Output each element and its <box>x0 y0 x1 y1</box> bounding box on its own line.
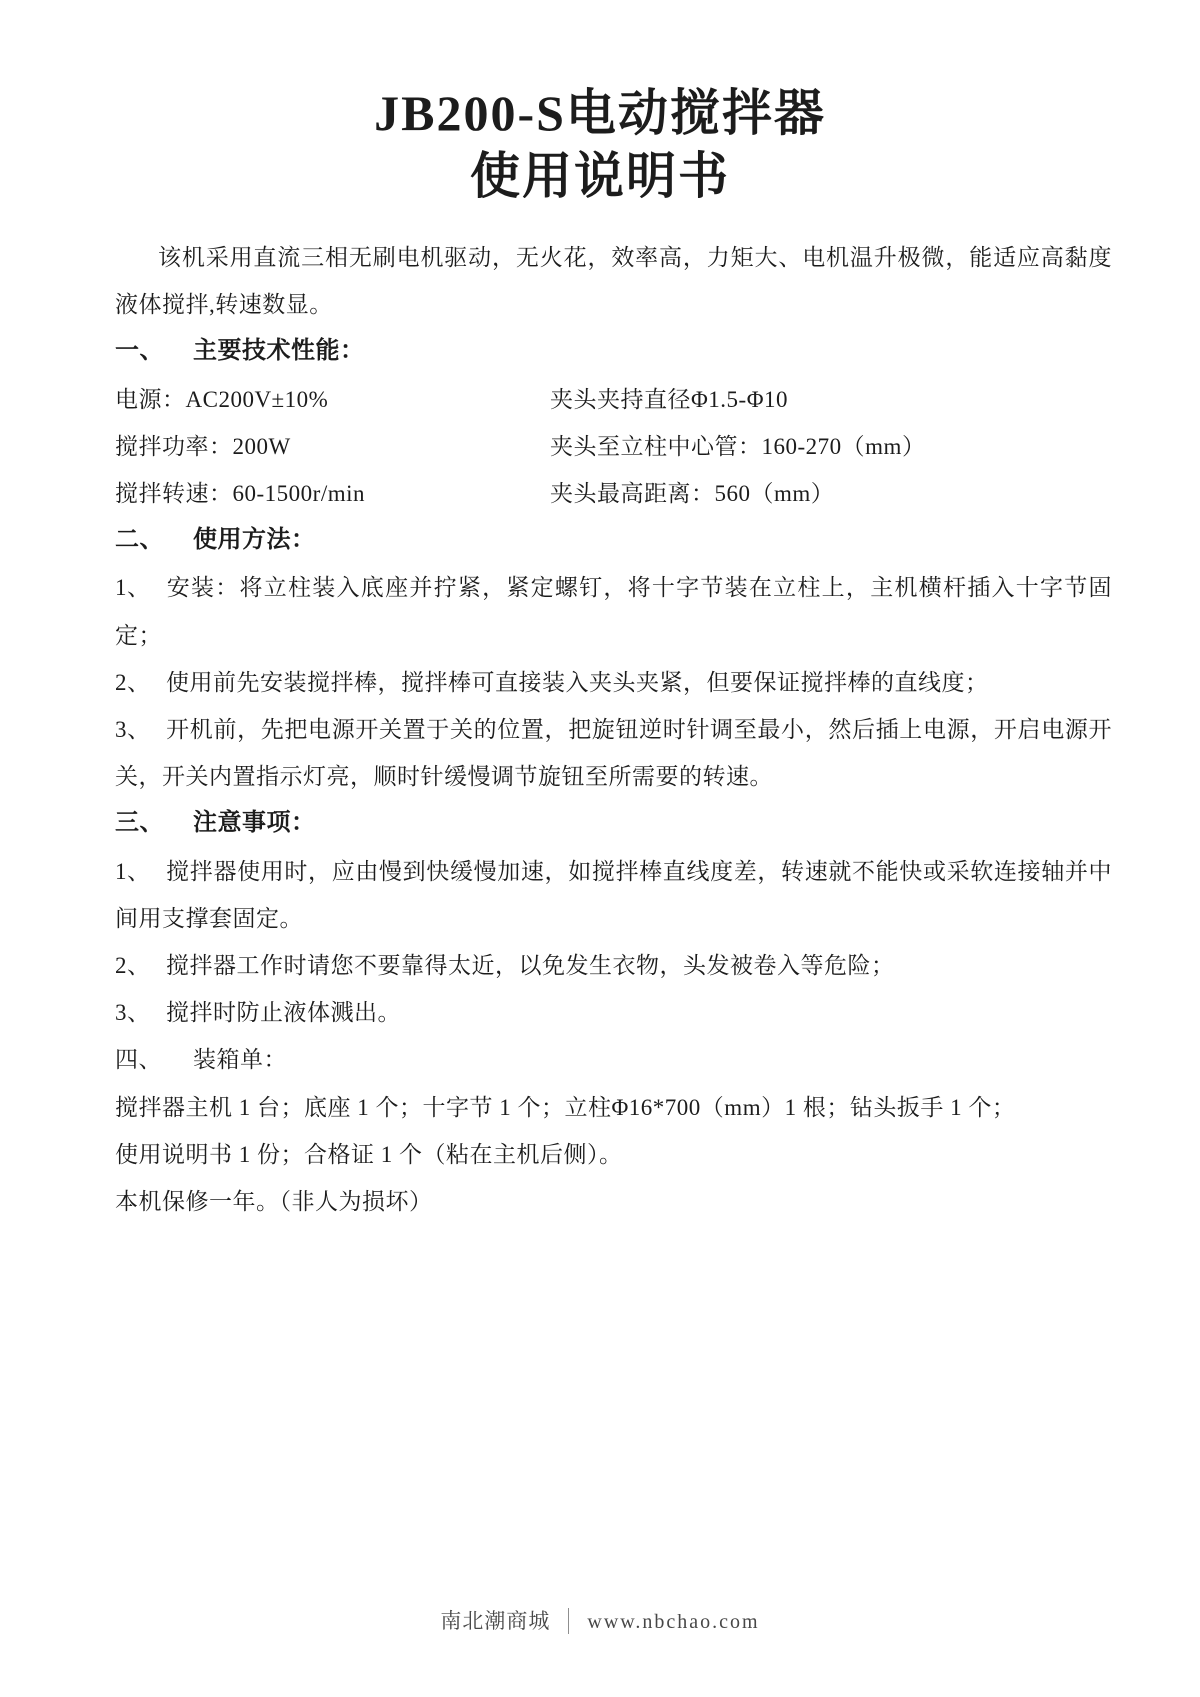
section-heading-4: 四、装箱单： <box>115 1036 1112 1083</box>
usage-item-3: 3、开机前，先把电源开关置于关的位置，把旋钮逆时针调至最小，然后插上电源，开启电… <box>115 706 1112 800</box>
footer-brand: 南北潮商城 <box>440 1609 550 1633</box>
title-line-1: JB200-S电动搅拌器 <box>0 82 1200 145</box>
packing-list-line-1: 搅拌器主机 1 台；底座 1 个；十字节 1 个；立柱Φ16*700（mm）1 … <box>115 1084 1112 1131</box>
note-item-1: 1、搅拌器使用时，应由慢到快缓慢加速，如搅拌棒直线度差，转速就不能快或采软连接轴… <box>115 848 1112 942</box>
note-item-2-text: 搅拌器工作时请您不要靠得太近，以免发生衣物，头发被卷入等危险； <box>166 953 895 978</box>
spec-stir-power: 搅拌功率：200W <box>115 423 550 470</box>
spec-row: 搅拌转速：60-1500r/min夹头最高距离：560（mm） <box>115 470 1112 517</box>
warranty-statement: 本机保修一年。（非人为损坏） <box>115 1178 1112 1225</box>
section-1-title: 主要技术性能： <box>193 338 365 364</box>
usage-item-3-text: 开机前，先把电源开关置于关的位置，把旋钮逆时针调至最小，然后插上电源，开启电源开… <box>115 717 1112 789</box>
note-item-1-number: 1、 <box>115 848 166 895</box>
page-footer: 南北潮商城www.nbchao.com <box>0 1606 1200 1637</box>
section-heading-1: 一、主要技术性能： <box>115 328 1112 375</box>
spec-stir-speed: 搅拌转速：60-1500r/min <box>115 470 550 517</box>
note-item-3: 3、搅拌时防止液体溅出。 <box>115 989 1112 1036</box>
usage-item-1-text: 安装：将立柱装入底座并拧紧，紧定螺钉，将十字节装在立柱上，主机横杆插入十字节固定… <box>115 575 1112 647</box>
spec-row: 电源：AC200V±10%夹头夹持直径Φ1.5-Φ10 <box>115 376 1112 423</box>
note-item-3-text: 搅拌时防止液体溅出。 <box>166 1000 401 1025</box>
document-title: JB200-S电动搅拌器 使用说明书 <box>0 0 1200 208</box>
notes-list: 1、搅拌器使用时，应由慢到快缓慢加速，如搅拌棒直线度差，转速就不能快或采软连接轴… <box>115 848 1112 1037</box>
section-3-title: 注意事项： <box>193 810 316 836</box>
note-item-2: 2、搅拌器工作时请您不要靠得太近，以免发生衣物，头发被卷入等危险； <box>115 942 1112 989</box>
spec-row: 搅拌功率：200W夹头至立柱中心管：160-270（mm） <box>115 423 1112 470</box>
usage-item-2-number: 2、 <box>115 659 166 706</box>
footer-url: www.nbchao.com <box>587 1611 759 1633</box>
usage-item-2-text: 使用前先安装搅拌棒，搅拌棒可直接装入夹头夹紧，但要保证搅拌棒的直线度； <box>166 670 989 695</box>
spec-power-supply: 电源：AC200V±10% <box>115 376 550 423</box>
usage-item-2: 2、使用前先安装搅拌棒，搅拌棒可直接装入夹头夹紧，但要保证搅拌棒的直线度； <box>115 659 1112 706</box>
section-4-title: 装箱单： <box>193 1047 287 1072</box>
spec-chuck-diameter: 夹头夹持直径Φ1.5-Φ10 <box>550 376 1112 423</box>
usage-item-3-number: 3、 <box>115 706 166 753</box>
section-2-number: 二、 <box>115 517 193 564</box>
packing-list-line-2: 使用说明书 1 份；合格证 1 个（粘在主机后侧）。 <box>115 1131 1112 1178</box>
note-item-2-number: 2、 <box>115 942 166 989</box>
spec-chuck-max-distance: 夹头最高距离：560（mm） <box>550 470 1112 517</box>
document-body: 该机采用直流三相无刷电机驱动，无火花，效率高，力矩大、电机温升极微，能适应高黏度… <box>0 234 1200 1225</box>
usage-list: 1、安装：将立柱装入底座并拧紧，紧定螺钉，将十字节装在立柱上，主机横杆插入十字节… <box>115 564 1112 800</box>
section-1-number: 一、 <box>115 328 193 375</box>
document-page: JB200-S电动搅拌器 使用说明书 该机采用直流三相无刷电机驱动，无火花，效率… <box>0 0 1200 1697</box>
note-item-3-number: 3、 <box>115 989 166 1036</box>
intro-paragraph: 该机采用直流三相无刷电机驱动，无火花，效率高，力矩大、电机温升极微，能适应高黏度… <box>115 234 1112 328</box>
section-3-number: 三、 <box>115 800 193 847</box>
section-heading-3: 三、注意事项： <box>115 800 1112 847</box>
spec-chuck-to-column: 夹头至立柱中心管：160-270（mm） <box>550 423 1112 470</box>
title-line-2: 使用说明书 <box>0 145 1200 208</box>
note-item-1-text: 搅拌器使用时，应由慢到快缓慢加速，如搅拌棒直线度差，转速就不能快或采软连接轴并中… <box>115 859 1112 931</box>
footer-divider <box>568 1608 569 1634</box>
section-heading-2: 二、使用方法： <box>115 517 1112 564</box>
section-4-number: 四、 <box>115 1036 193 1083</box>
usage-item-1: 1、安装：将立柱装入底座并拧紧，紧定螺钉，将十字节装在立柱上，主机横杆插入十字节… <box>115 564 1112 658</box>
usage-item-1-number: 1、 <box>115 564 166 611</box>
spec-table: 电源：AC200V±10%夹头夹持直径Φ1.5-Φ10 搅拌功率：200W夹头至… <box>115 376 1112 518</box>
section-2-title: 使用方法： <box>193 527 316 553</box>
